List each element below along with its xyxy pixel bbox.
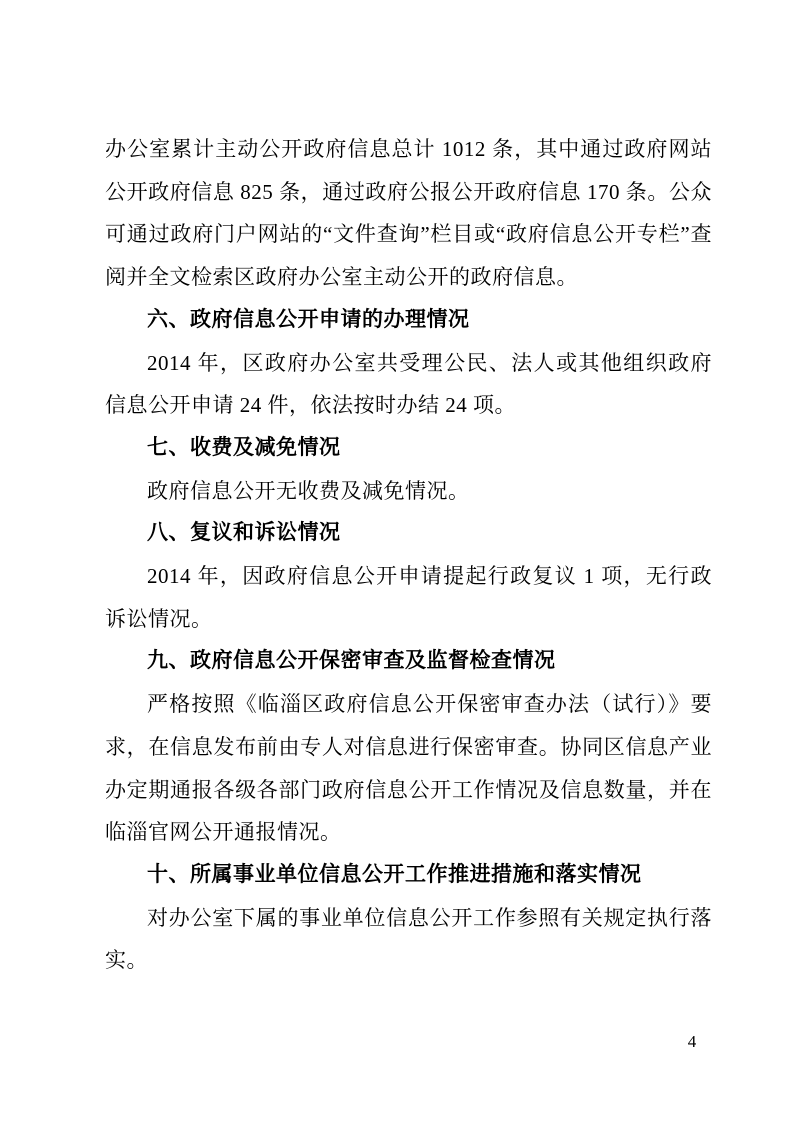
- section-heading-7: 七、收费及减免情况: [105, 427, 712, 470]
- section-heading-9: 九、政府信息公开保密审查及监督检查情况: [105, 640, 712, 683]
- paragraph-secrecy-review: 严格按照《临淄区政府信息公开保密审查办法（试行）》要求，在信息发布前由专人对信息…: [105, 683, 712, 854]
- paragraph-subordinate-units: 对办公室下属的事业单位信息公开工作参照有关规定执行落实。: [105, 897, 712, 982]
- paragraph-review-litigation: 2014 年，因政府信息公开申请提起行政复议 1 项，无行政诉讼情况。: [105, 555, 712, 640]
- page-number: 4: [680, 1030, 704, 1054]
- paragraph-proactive-disclosure: 办公室累计主动公开政府信息总计 1012 条，其中通过政府网站公开政府信息 82…: [105, 128, 712, 299]
- document-page: 办公室累计主动公开政府信息总计 1012 条，其中通过政府网站公开政府信息 82…: [0, 0, 793, 1122]
- section-heading-10: 十、所属事业单位信息公开工作推进措施和落实情况: [105, 854, 712, 897]
- section-heading-6: 六、政府信息公开申请的办理情况: [105, 299, 712, 342]
- paragraph-fees: 政府信息公开无收费及减免情况。: [105, 470, 712, 513]
- document-body: 办公室累计主动公开政府信息总计 1012 条，其中通过政府网站公开政府信息 82…: [105, 128, 712, 982]
- section-heading-8: 八、复议和诉讼情况: [105, 512, 712, 555]
- paragraph-application-handling: 2014 年，区政府办公室共受理公民、法人或其他组织政府信息公开申请 24 件，…: [105, 342, 712, 427]
